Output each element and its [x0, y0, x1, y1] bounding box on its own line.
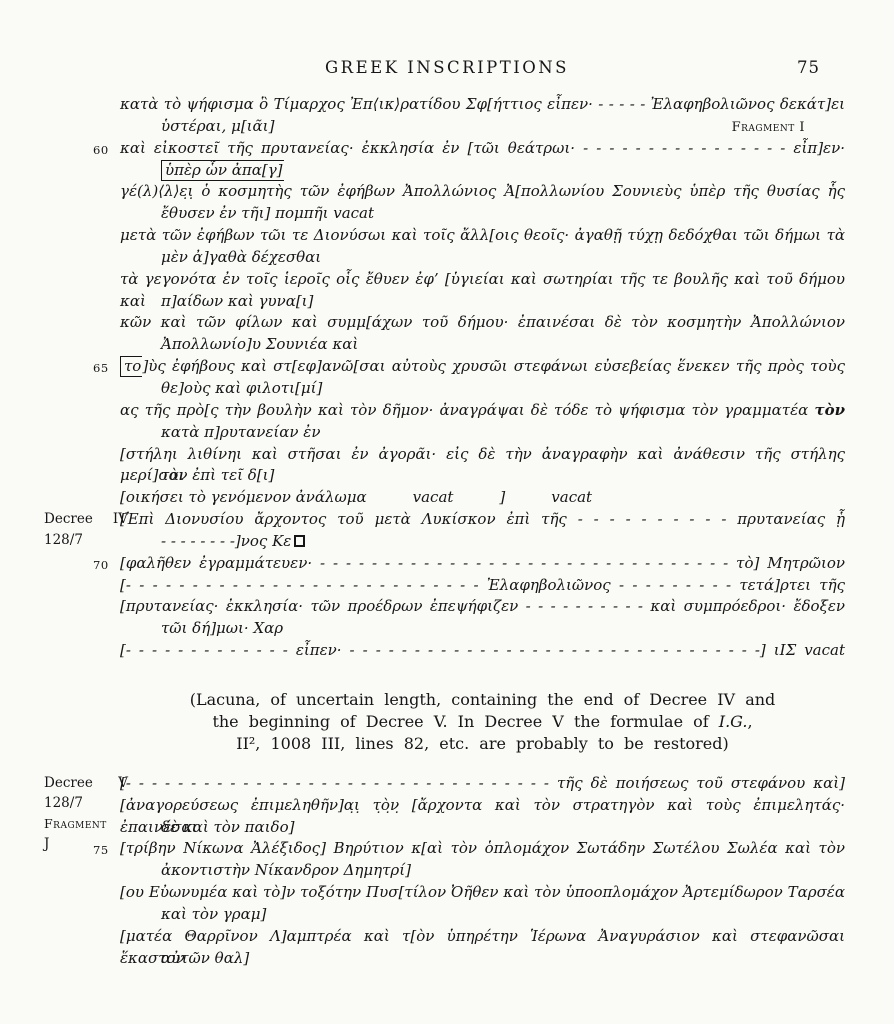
text-segment: [- - - - - - - - - - - - - εἶπεν· - - - … — [120, 641, 845, 659]
inscription-line: Ἀπολλωνίο]υ Σουνιέα καὶ — [120, 334, 845, 356]
lacuna-note: (Lacuna, of uncertain length, containing… — [120, 689, 845, 755]
text-segment: μετὰ τῶν ἐφήβων τῶι τε Διονύσωι καὶ τοῖς… — [120, 226, 845, 244]
text-segment: δὲ καὶ τὸν παιδο] — [161, 818, 294, 836]
inscription-line: κατὰ τὸ ψήφισμα ὃ Τίμαρχος Ἐπ⟨ικ⟩ρατίδου… — [120, 94, 845, 116]
inscription-line: Decree IV128/7[Ἐπὶ Διονυσίου ἄρχοντος το… — [120, 509, 845, 531]
text-segment: το — [120, 356, 142, 377]
text-segment: [ου Εὐωνυμέα καὶ τὸ]ν τοξότην Πυσ[τίλον … — [120, 883, 845, 901]
text-segment: κατὰ π]ρυτανείαν ἐν — [161, 423, 320, 441]
line-number: 75 — [93, 840, 115, 862]
text-segment: [φαλῆθεν ἐγραμμάτευεν· - - - - - - - - -… — [120, 554, 845, 572]
inscription-line: κῶν καὶ τῶν φίλων καὶ συμμ[άχων τοῦ δήμο… — [120, 312, 845, 334]
text-segment: τὸν ἐπὶ τεῖ δ[ι] — [161, 466, 274, 484]
inscription-line: Fragment Iὑστέραι, μ[ιᾶι] — [120, 116, 845, 138]
text-segment: , — [747, 712, 752, 731]
inscription-line: [ἀναγορεύσεως ἐπιμεληθῆν]α̣ι̣ τ̣ὸ̣ν̣ [ἄρ… — [120, 795, 845, 817]
text-segment: II², 1008 III, lines 82, etc. are probab… — [236, 734, 729, 753]
inscription-line: [πρυτανείας· ἐκκλησία· τῶν προέδρων ἐπεψ… — [120, 596, 845, 618]
text-segment: (Lacuna, of uncertain length, containing… — [190, 690, 776, 709]
text-segment: π]αίδων καὶ γυνα[ι] — [161, 292, 313, 310]
margin-label-line: J — [44, 834, 128, 855]
square-symbol — [294, 535, 305, 547]
inscription-line: τὸν ἐπὶ τεῖ δ[ι] — [120, 465, 845, 487]
inscription-line: καὶ τὸν γραμ] — [120, 904, 845, 926]
text-segment: ] — [499, 488, 505, 506]
inscription-line: Decree V128/7FragmentJ[- - - - - - - - -… — [120, 773, 845, 795]
text-segment: vacat — [413, 488, 454, 506]
inscription-line: κατὰ π]ρυτανείαν ἐν — [120, 422, 845, 444]
inscription-line: τῶι δή]μωι· Χαρ — [120, 618, 845, 640]
text-segment: I.G. — [719, 712, 748, 731]
text-segment: [πρυτανείας· ἐκκλησία· τῶν προέδρων ἐπεψ… — [120, 597, 845, 615]
text-segment: καὶ τὸν γραμ] — [161, 905, 266, 923]
inscription-line: π]αίδων καὶ γυνα[ι] — [120, 291, 845, 313]
text-segment: ἀκοντιστὴν Νίκανδρον Δημητρί] — [161, 861, 411, 879]
text-segment: τὸν — [814, 401, 845, 419]
text-segment: ὑπὲρ ὧν ἀπα[γ] — [161, 160, 284, 181]
page-number: 75 — [797, 58, 820, 77]
inscription-line: θε]οὺς καὶ φιλοτι[μί] — [120, 378, 845, 400]
inscription-line: ἔθυσεν ἐν τῆι] πομπῆι vacat — [120, 203, 845, 225]
text-segment: ὑστέραι, μ[ιᾶι] — [161, 117, 274, 135]
text-segment: ]ὺς ἐφήβους καὶ στ[εφ]ανῶ[σαι αὐτοὺς χρυ… — [142, 357, 845, 375]
note-line: II², 1008 III, lines 82, etc. are probab… — [120, 733, 845, 755]
inscription-line: δὲ καὶ τὸν παιδο] — [120, 817, 845, 839]
fragment-label: Fragment I — [732, 117, 805, 139]
margin-label-line: Decree V — [44, 773, 128, 794]
decree-v-block: Decree V128/7FragmentJ[- - - - - - - - -… — [120, 773, 845, 970]
inscription-line: [οικήσει τὸ γενόμενον ἀνάλωμαvacat]vacat — [120, 487, 845, 509]
inscription-line: γέ(λ)⟨λ⟩ε̣ι̣ ὁ κοσμητὴς τῶν ἐφήβων Ἀπολλ… — [120, 181, 845, 203]
text-segment: the beginning of Decree V. In Decree V t… — [212, 712, 718, 731]
text-segment: [τρίβην Νίκωνα Ἀλέξιδος] Βηρύτιον κ[αὶ τ… — [120, 839, 845, 857]
text-segment: κατὰ τὸ ψήφισμα ὃ Τίμαρχος Ἐπ⟨ικ⟩ρατίδου… — [120, 95, 845, 113]
text-segment: Ἀπολλωνίο]υ Σουνιέα καὶ — [161, 335, 358, 353]
line-number: 60 — [93, 140, 115, 162]
inscription-line: 75[τρίβην Νίκωνα Ἀλέξιδος] Βηρύτιον κ[αὶ… — [120, 838, 845, 860]
note-line: the beginning of Decree V. In Decree V t… — [120, 711, 845, 733]
text-segment: τῶι δή]μωι· Χαρ — [161, 619, 283, 637]
inscription-content: κατὰ τὸ ψήφισμα ὃ Τίμαρχος Ἐπ⟨ικ⟩ρατίδου… — [120, 94, 845, 970]
inscription-line: [- - - - - - - - - - - - - - - - - - - -… — [120, 575, 845, 597]
text-segment: [Ἐπὶ Διονυσίου ἄρχοντος τοῦ μετὰ Λυκίσκο… — [120, 510, 845, 528]
inscription-line: [στήληι λιθίνηι καὶ στῆσαι ἐν ἀγορᾶι· εἰ… — [120, 444, 845, 466]
margin-label: Decree IV128/7 — [44, 509, 128, 550]
inscription-line: 70[φαλῆθεν ἐγραμμάτευεν· - - - - - - - -… — [120, 553, 845, 575]
text-segment: - - - - - - - -]νος Κε — [161, 532, 291, 550]
note-line: (Lacuna, of uncertain length, containing… — [120, 689, 845, 711]
text-segment: κῶν καὶ τῶν φίλων καὶ συμμ[άχων τοῦ δήμο… — [120, 313, 845, 331]
text-segment: [- - - - - - - - - - - - - - - - - - - -… — [120, 774, 845, 792]
document-page: GREEK INSCRIPTIONS 75 κατὰ τὸ ψήφισμα ὃ … — [0, 0, 894, 1024]
inscription-line: 65το]ὺς ἐφήβους καὶ στ[εφ]ανῶ[σαι αὐτοὺς… — [120, 356, 845, 378]
line-number: 70 — [93, 555, 115, 577]
text-segment: καὶ εἰκοστεῖ τῆς πρυτανείας· ἐκκλησία ἐν… — [120, 139, 845, 157]
text-segment: μὲν ἀ]γαθὰ δέχεσθαι — [161, 248, 321, 266]
text-segment: γέ(λ)⟨λ⟩ε̣ι̣ ὁ κοσμητὴς τῶν ἐφήβων Ἀπολλ… — [120, 182, 845, 200]
inscription-line: ὑπὲρ ὧν ἀπα[γ] — [120, 160, 845, 182]
inscription-line: 60καὶ εἰκοστεῖ τῆς πρυτανείας· ἐκκλησία … — [120, 138, 845, 160]
inscription-line: - - - - - - - -]νος Κε — [120, 531, 845, 553]
margin-label-line: 128/7 — [44, 530, 128, 551]
line-number: 65 — [93, 358, 115, 380]
inscription-line: τὰ γεγονότα ἐν τοῖς ἱεροῖς οἷς ἔθυεν ἐφ’… — [120, 269, 845, 291]
page-title: GREEK INSCRIPTIONS — [0, 58, 894, 77]
inscription-line: [ου Εὐωνυμέα καὶ τὸ]ν τοξότην Πυσ[τίλον … — [120, 882, 845, 904]
text-segment: [- - - - - - - - - - - - - - - - - - - -… — [120, 576, 845, 594]
decree-upper-block: κατὰ τὸ ψήφισμα ὃ Τίμαρχος Ἐπ⟨ικ⟩ρατίδου… — [120, 94, 845, 662]
text-segment: ας τῆς πρὸ[ς τὴν βουλὴν καὶ τὸν δῆμον· ἀ… — [120, 401, 814, 419]
inscription-line: αὐτῶν θαλ] — [120, 948, 845, 970]
inscription-line: μὲν ἀ]γαθὰ δέχεσθαι — [120, 247, 845, 269]
inscription-line: ας τῆς πρὸ[ς τὴν βουλὴν καὶ τὸν δῆμον· ἀ… — [120, 400, 845, 422]
text-segment: ἔθυσεν ἐν τῆι] πομπῆι vacat — [161, 204, 374, 222]
text-segment: αὐτῶν θαλ] — [161, 949, 249, 967]
inscription-line: ἀκοντιστὴν Νίκανδρον Δημητρί] — [120, 860, 845, 882]
inscription-line: [- - - - - - - - - - - - - εἶπεν· - - - … — [120, 640, 845, 662]
margin-label-line: 128/7 — [44, 793, 128, 814]
margin-label-line: Fragment — [44, 814, 128, 835]
text-segment: [οικήσει τὸ γενόμενον ἀνάλωμα — [120, 488, 367, 506]
text-segment: vacat — [551, 488, 592, 506]
inscription-line: μετὰ τῶν ἐφήβων τῶι τε Διονύσωι καὶ τοῖς… — [120, 225, 845, 247]
inscription-line: [ματέα Θαρρῖνον Λ]αμπτρέα καὶ τ[ὸν ὑπηρέ… — [120, 926, 845, 948]
margin-label: Decree V128/7FragmentJ — [44, 773, 128, 855]
text-segment: θε]οὺς καὶ φιλοτι[μί] — [161, 379, 322, 397]
margin-label-line: Decree IV — [44, 509, 128, 530]
